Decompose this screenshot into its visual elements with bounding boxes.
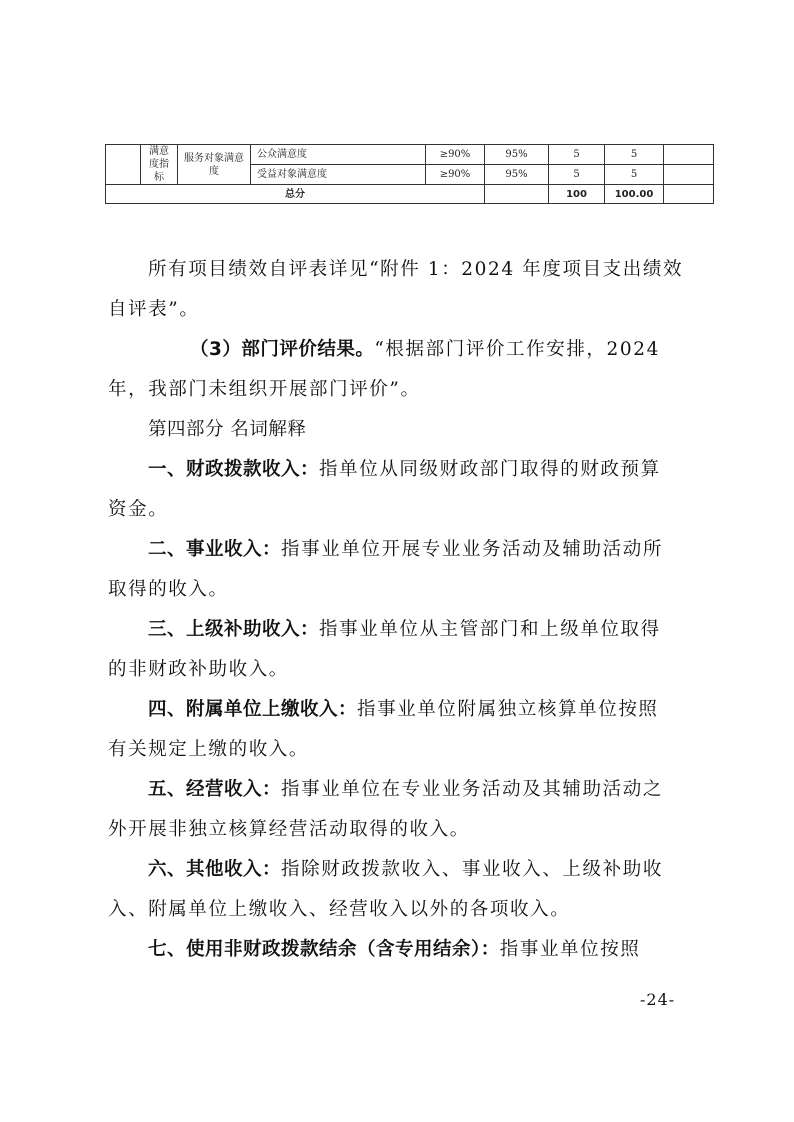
term-line: 五、经营收入：指事业单位在专业业务活动及其辅助活动之 [148,770,734,810]
total-row: 总分 100 100.00 [106,185,714,204]
term-line: 有关规定上缴的收入。 [108,730,694,770]
indicator-sub-cell: 服务对象满意度 [178,145,251,185]
actual-cell: 95% [485,165,549,185]
paragraph-line: 自评表”。 [108,290,694,330]
blank-cell [106,145,141,185]
term-definition: 指事业单位开展专业业务活动及辅助活动所 [281,539,663,560]
term-line: 外开展非独立核算经营活动取得的收入。 [108,810,694,850]
target-cell: ≥90% [426,165,485,185]
paragraph-line: （3）部门评价结果。“根据部门评价工作安排，2024 [190,330,776,370]
term-definition: 指单位从同级财政部门取得的财政预算 [319,459,661,480]
section-heading: 第四部分 名词解释 [148,410,734,450]
term-label: 七、使用非财政拨款结余（含专用结余）： [148,939,500,960]
term-label: 一、财政拨款收入： [148,459,319,480]
total-weight: 100 [549,185,605,204]
term-line: 二、事业收入：指事业单位开展专业业务活动及辅助活动所 [148,530,734,570]
term-line: 取得的收入。 [108,570,694,610]
weight-cell: 5 [549,145,605,165]
item-cell: 受益对象满意度 [251,165,426,185]
term-line: 一、财政拨款收入：指单位从同级财政部门取得的财政预算 [148,450,734,490]
total-note [664,185,714,204]
term-definition: 指事业单位附属独立核算单位按照 [357,699,659,720]
term-line: 六、其他收入：指除财政拨款收入、事业收入、上级补助收 [148,850,734,890]
term-label: 六、其他收入： [148,859,281,880]
performance-table: 满意度指标 服务对象满意度 公众满意度 ≥90% 95% 5 5 受益对象满意度… [105,144,714,204]
term-definition: 指事业单位在专业业务活动及其辅助活动之 [281,779,663,800]
note-cell [664,145,714,165]
term-line: 四、附属单位上缴收入：指事业单位附属独立核算单位按照 [148,690,734,730]
subheading-bold: （3）部门评价结果。 [190,339,374,360]
total-actual [485,185,549,204]
table-row: 满意度指标 服务对象满意度 公众满意度 ≥90% 95% 5 5 [106,145,714,165]
term-line: 三、上级补助收入：指事业单位从主管部门和上级单位取得 [148,610,734,650]
term-label: 五、经营收入： [148,779,281,800]
paragraph-line: 年，我部门未组织开展部门评价”。 [108,370,694,410]
actual-cell: 95% [485,145,549,165]
target-cell: ≥90% [426,145,485,165]
score-cell: 5 [605,145,664,165]
term-definition: 指事业单位从主管部门和上级单位取得 [319,619,661,640]
note-cell [664,165,714,185]
page-number: -24- [640,990,675,1009]
score-cell: 5 [605,165,664,185]
term-line: 资金。 [108,490,694,530]
term-definition: 指事业单位按照 [500,939,641,960]
item-cell: 公众满意度 [251,145,426,165]
term-definition: 指除财政拨款收入、事业收入、上级补助收 [281,859,663,880]
term-label: 四、附属单位上缴收入： [148,699,357,720]
term-label: 二、事业收入： [148,539,281,560]
term-line: 七、使用非财政拨款结余（含专用结余）：指事业单位按照 [148,930,734,970]
paragraph-line: 所有项目绩效自评表详见“附件 1：2024 年度项目支出绩效 [148,250,734,290]
weight-cell: 5 [549,165,605,185]
paragraph-text: “根据部门评价工作安排，2024 [374,339,660,360]
total-label: 总分 [106,185,485,204]
total-score: 100.00 [605,185,664,204]
term-line: 的非财政补助收入。 [108,650,694,690]
term-label: 三、上级补助收入： [148,619,319,640]
indicator-category-cell: 满意度指标 [141,145,178,185]
term-line: 入、附属单位上缴收入、经营收入以外的各项收入。 [108,890,694,930]
